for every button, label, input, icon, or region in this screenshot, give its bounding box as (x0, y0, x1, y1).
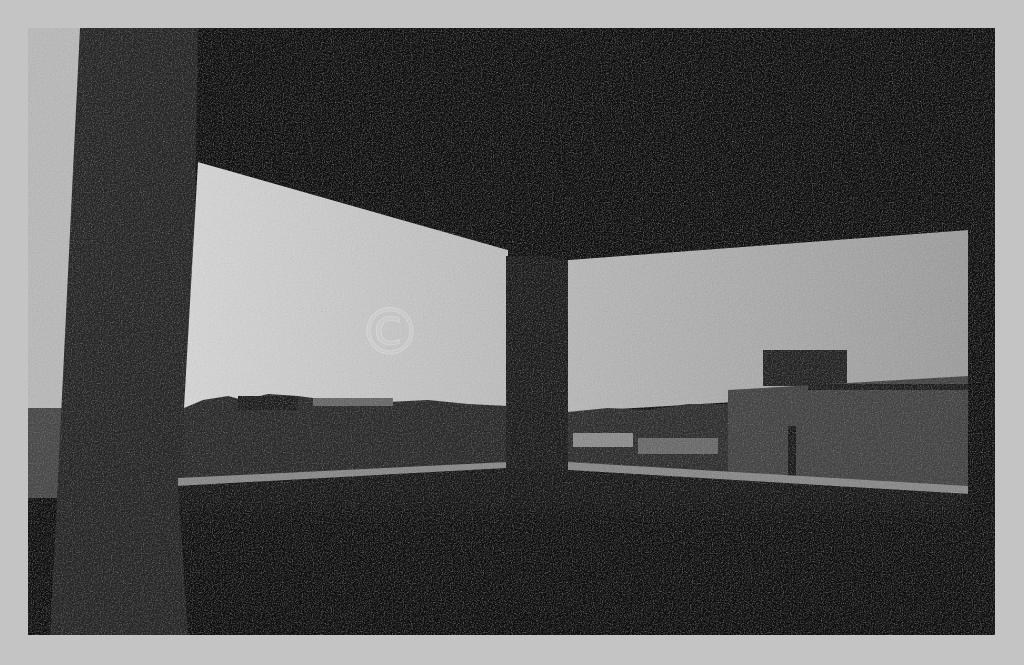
photo-scene (28, 28, 995, 635)
photo: © (28, 28, 995, 635)
image-viewer: © (0, 0, 1024, 665)
